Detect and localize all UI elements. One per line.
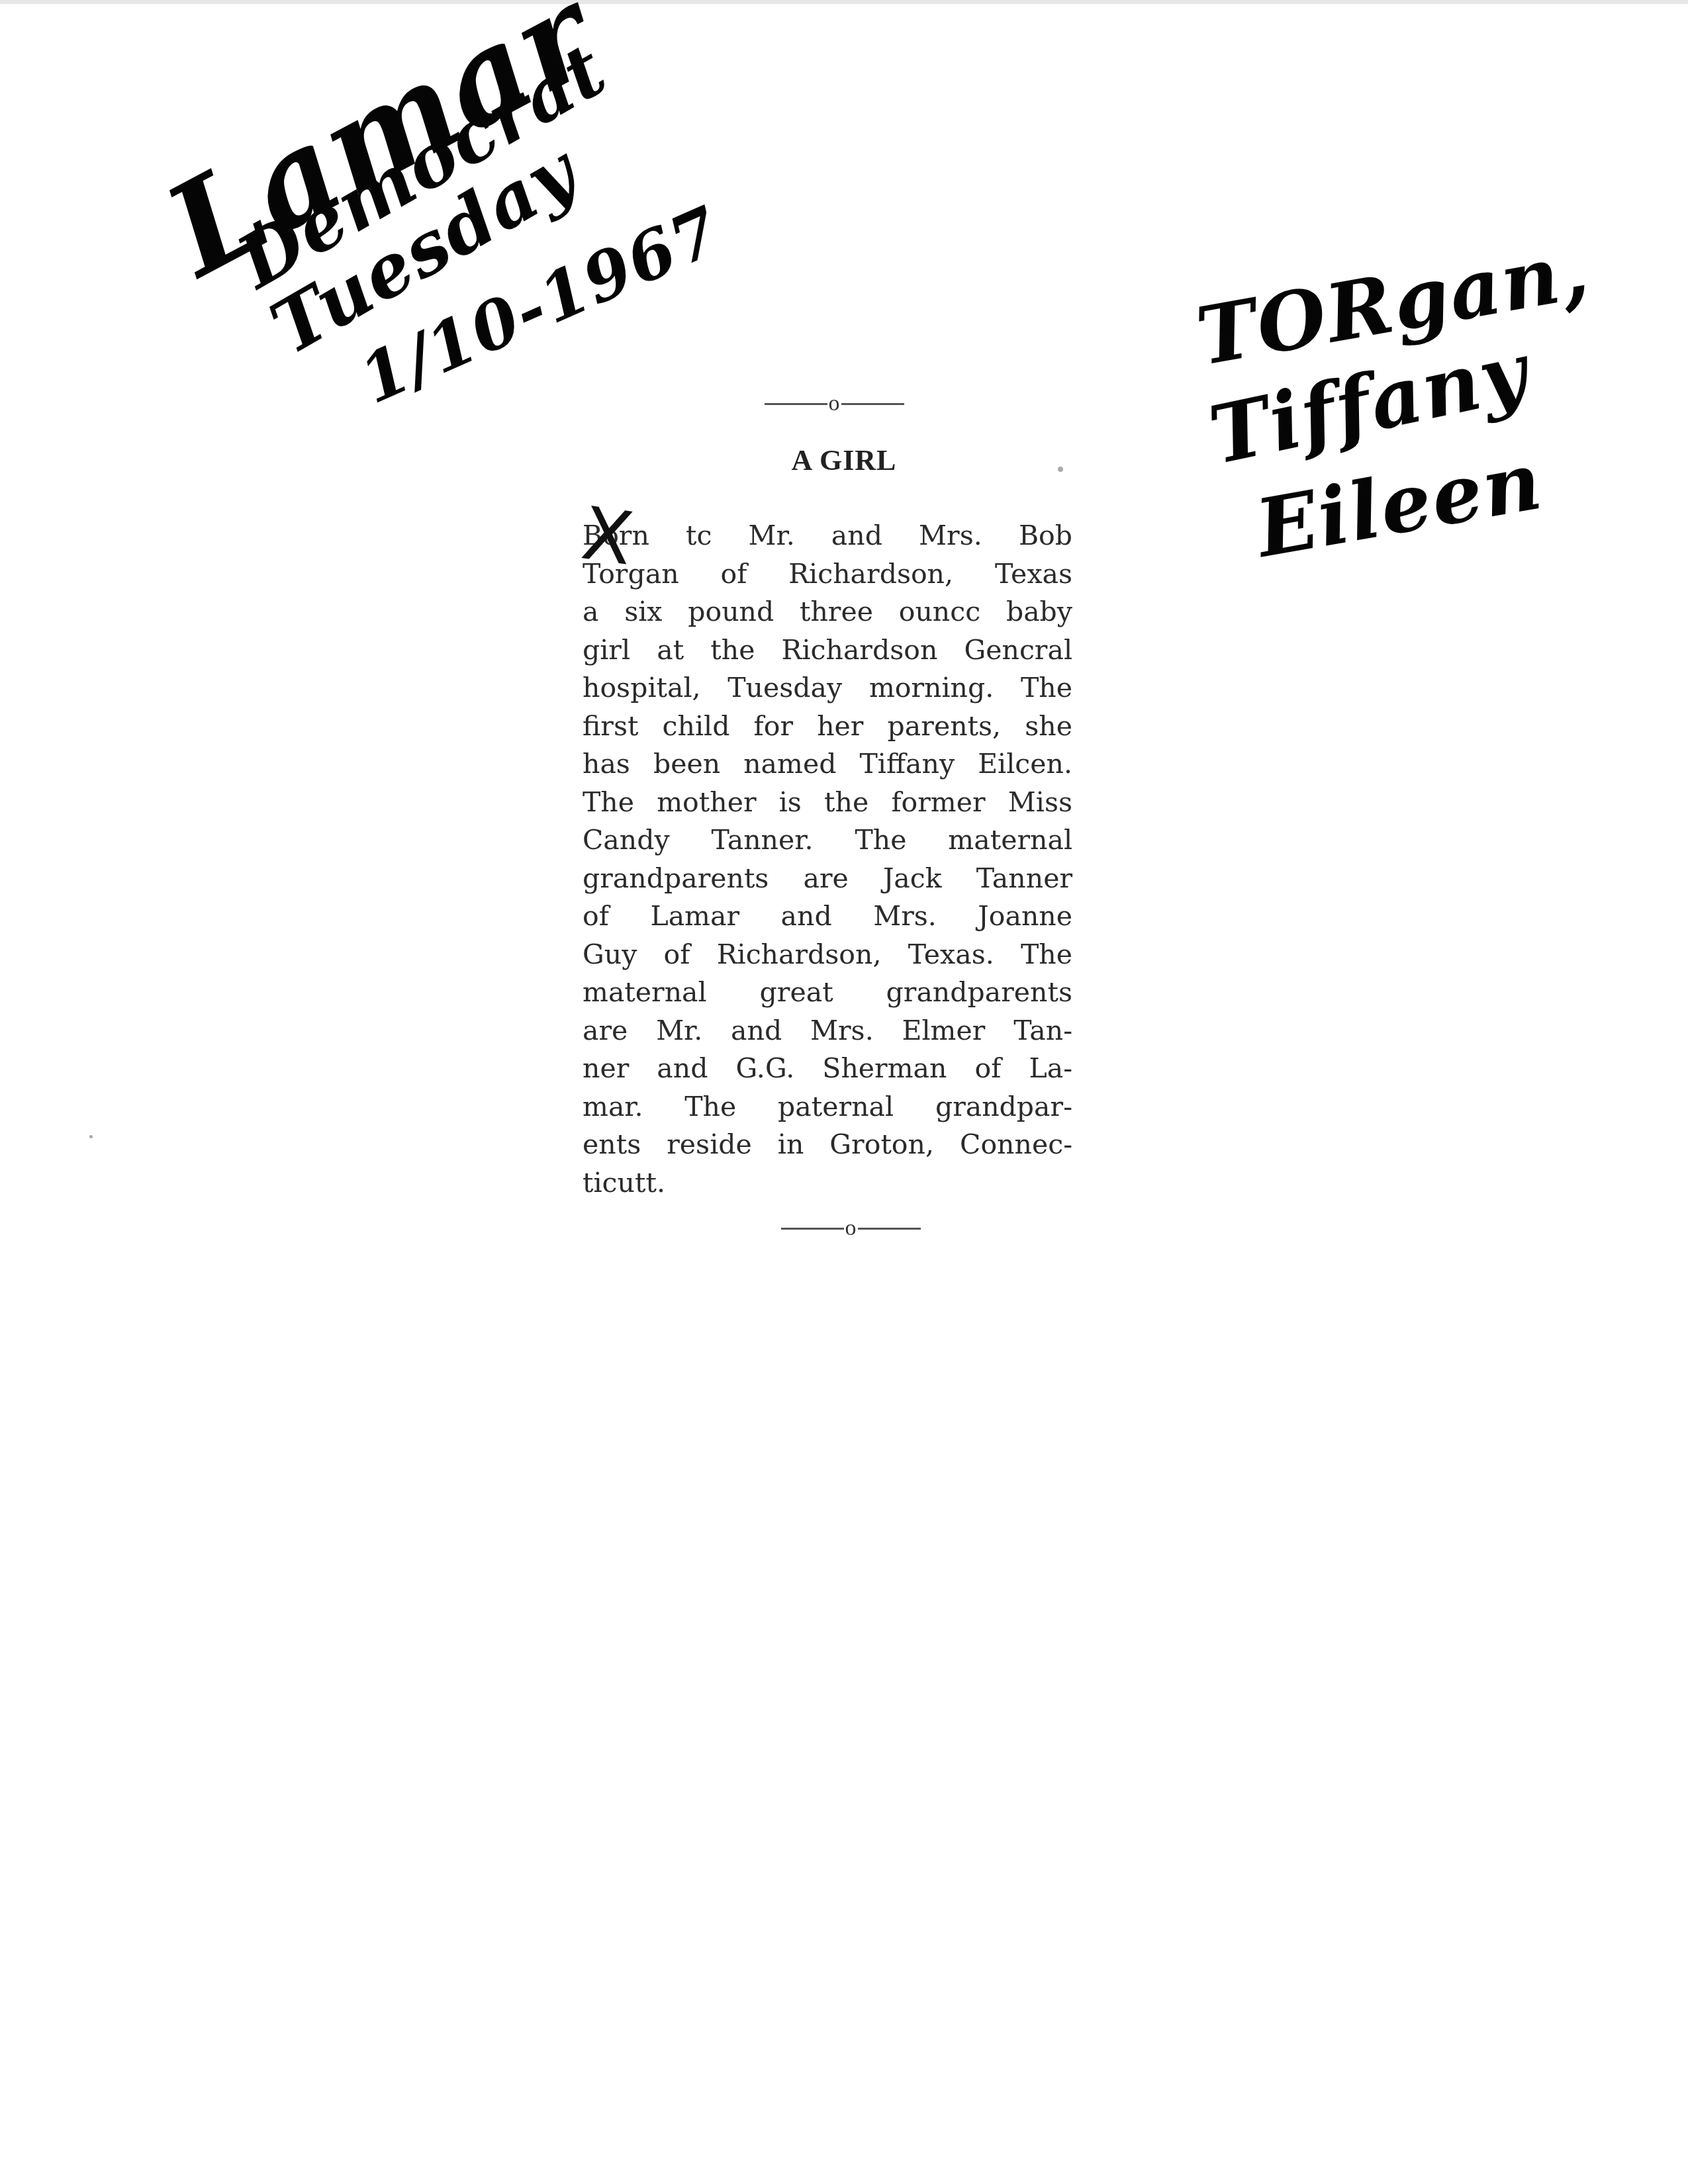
article-line: ticutt. (583, 1164, 1072, 1203)
newspaper-clipping: o A GIRL X Born tc Mr. and Mrs. Bob Torg… (583, 384, 1099, 1242)
divider-ornament: o (827, 392, 841, 415)
article-line: hospital, Tuesday morning. The (583, 669, 1072, 707)
divider-rule (765, 403, 827, 405)
article-line: of Lamar and Mrs. Joanne (583, 897, 1072, 936)
scan-speck (1058, 467, 1063, 472)
scan-speck (89, 1135, 93, 1138)
article-line: ents reside in Groton, Connec- (583, 1126, 1072, 1164)
article-line: first child for her parents, she (583, 707, 1072, 746)
article-line: has been named Tiffany Eilcen. (583, 745, 1072, 784)
article-line: a six pound three ouncc baby (583, 593, 1072, 631)
article-line: Born tc Mr. and Mrs. Bob (583, 517, 1072, 555)
article-line: maternal great grandparents (583, 974, 1072, 1012)
article-line: Guy of Richardson, Texas. The (583, 936, 1072, 974)
article-line: girl at the Richardson Gencral (583, 631, 1072, 670)
article-line: Torgan of Richardson, Texas (583, 555, 1072, 594)
bottom-divider: o (602, 1215, 1099, 1242)
page-top-edge (0, 0, 1688, 4)
divider-ornament: o (844, 1217, 858, 1240)
headline: A GIRL (589, 443, 1099, 477)
article-line: The mother is the former Miss (583, 784, 1072, 822)
article-line: grandparents are Jack Tanner (583, 860, 1072, 898)
correction-x-mark: X (578, 496, 637, 575)
divider-rule (781, 1228, 844, 1230)
article-line: Candy Tanner. The maternal (583, 821, 1072, 860)
article-body: Born tc Mr. and Mrs. Bob Torgan of Richa… (583, 517, 1072, 1202)
divider-rule (858, 1228, 921, 1230)
article-line: mar. The paternal grandpar- (583, 1088, 1072, 1126)
article-line: are Mr. and Mrs. Elmer Tan- (583, 1012, 1072, 1050)
top-divider: o (569, 390, 1099, 417)
article-line: ner and G.G. Sherman of La- (583, 1050, 1072, 1088)
divider-rule (841, 403, 904, 405)
